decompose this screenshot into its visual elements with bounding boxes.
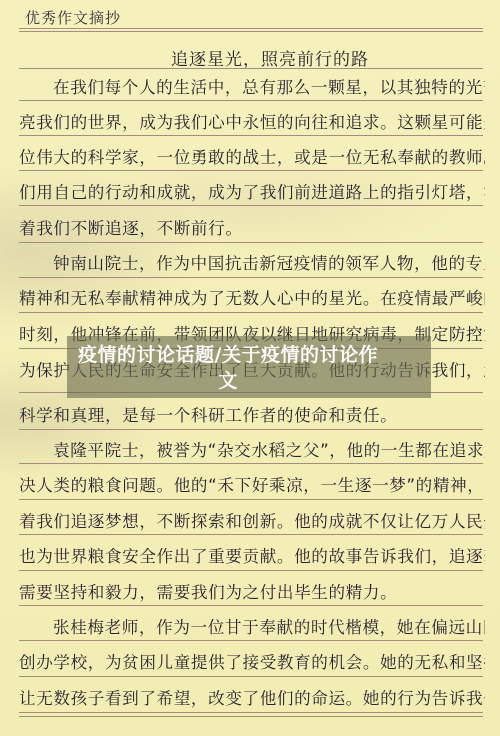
essay-line: 精神和无私奉献精神成为了无数人心中的星光。在疫情最严峻的 [19, 288, 485, 310]
essay-line: 也为世界粮食安全作出了重要贡献。他的故事告诉我们，追逐梦想， [19, 546, 485, 568]
essay-line: 科学和真理，是每一个科研工作者的使命和责任。 [19, 405, 485, 427]
line-rule [19, 242, 483, 243]
line-rule [19, 570, 483, 571]
line-rule [19, 429, 483, 430]
line-rule [19, 312, 483, 313]
line-rule [19, 640, 483, 641]
header-rule [19, 28, 483, 29]
title-rule [19, 68, 483, 69]
essay-title: 追逐星光，照亮前行的路 [0, 45, 500, 70]
line-rule [19, 534, 483, 535]
essay-line: 着我们追逐梦想，不断探索和创新。他的成就不仅让亿万人民受益， [19, 511, 485, 533]
section-label: 优秀作文摘抄 [25, 7, 121, 28]
essay-line: 亮我们的世界，成为我们心中永恒的向往和追求。这颗星可能是一 [19, 112, 485, 134]
essay-line: 张桂梅老师，作为一位甘于奉献的时代楷模，她在偏远山区 [19, 617, 485, 639]
essay-line: 们用自己的行动和成就，成为了我们前进道路上的指引灯塔，激励 [19, 182, 485, 204]
line-rule [19, 499, 483, 500]
header-rule [19, 31, 483, 32]
essay-line: 在我们每个人的生活中，总有那么一颗星，以其独特的光芒照 [19, 77, 485, 99]
line-rule [19, 712, 483, 713]
caption-text: 疫情的讨论话题/关于疫情的讨论作文 [78, 342, 378, 394]
line-rule [19, 716, 483, 717]
essay-line: 着我们不断追逐，不断前行。 [19, 218, 485, 240]
essay-line: 创办学校，为贫困儿童提供了接受教育的机会。她的无私和坚持， [19, 652, 485, 674]
line-rule [19, 135, 483, 136]
essay-line: 钟南山院士，作为中国抗击新冠疫情的领军人物，他的专业 [19, 253, 485, 275]
line-rule [19, 205, 483, 206]
line-rule [19, 463, 483, 464]
line-rule [19, 100, 483, 101]
essay-line: 袁隆平院士，被誉为“杂交水稻之父”，他的一生都在追求解 [19, 440, 485, 462]
essay-line: 需要坚持和毅力，需要我们为之付出毕生的精力。 [19, 582, 485, 604]
essay-line: 让无数孩子看到了希望，改变了他们的命运。她的行为告诉我们， [19, 688, 485, 710]
line-rule [19, 170, 483, 171]
essay-line: 位伟大的科学家，一位勇敢的战士，或是一位无私奉献的教师。他 [19, 147, 485, 169]
line-rule [19, 277, 483, 278]
line-rule [19, 676, 483, 677]
essay-line: 决人类的粮食问题。他的“禾下好乘凉，一生逐一梦”的精神，激励 [19, 475, 485, 497]
line-rule [19, 605, 483, 606]
